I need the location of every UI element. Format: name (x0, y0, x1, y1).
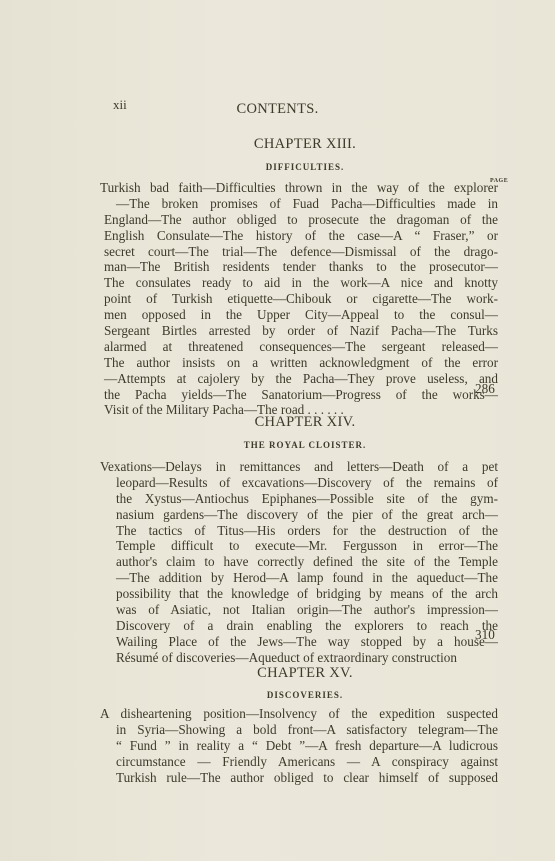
summary-line: The author insists on a written acknowle… (104, 355, 498, 371)
summary-line: author's claim to have correctly defined… (104, 554, 498, 570)
summary-line: English Consulate—The history of the cas… (104, 228, 498, 244)
summary-line: The consulates ready to aid in the work—… (104, 275, 498, 291)
chapter-15-heading: CHAPTER XV. (0, 665, 555, 682)
summary-line: man—The British residents tender thanks … (104, 259, 498, 275)
summary-line: point of Turkish etiquette—Chibouk or ci… (104, 291, 498, 307)
chapter-13-heading: CHAPTER XIII. (0, 136, 555, 153)
summary-line: A disheartening position—Insolvency of t… (100, 706, 498, 722)
summary-line: men opposed in the Upper City—Appeal to … (104, 307, 498, 323)
chapter-15-title: DISCOVERIES. (0, 690, 555, 700)
summary-line: “ Fund ” in reality a “ Debt ”—A fresh d… (104, 738, 498, 754)
summary-line: Sergeant Birtles arrested by order of Na… (104, 323, 498, 339)
summary-line: Discovery of a drain enabling the explor… (104, 618, 498, 634)
summary-line: nasium gardens—The discovery of the pier… (104, 507, 498, 523)
summary-line: alarmed at threatened consequences—The s… (104, 339, 498, 355)
summary-line: leopard—Results of excavations—Discovery… (104, 475, 498, 491)
chapter-14-title: THE ROYAL CLOISTER. (0, 440, 555, 450)
chapter-13-title: DIFFICULTIES. (0, 162, 555, 172)
summary-line: Résumé of discoveries—Aqueduct of extrao… (104, 650, 472, 666)
summary-line: —The addition by Herod—A lamp found in t… (104, 570, 498, 586)
chapter-13-page-number: 286 (475, 381, 495, 397)
summary-line: —The broken promises of Fuad Pacha—Diffi… (104, 196, 498, 212)
summary-line: in Syria—Showing a bold front—A satisfac… (104, 722, 498, 738)
summary-line: was of Asiatic, not Italian origin—The a… (104, 602, 498, 618)
chapter-14-heading: CHAPTER XIV. (0, 414, 555, 431)
summary-line: secret court—The trial—The defence—Dismi… (104, 244, 498, 260)
summary-line: circumstance — Friendly Americans — A co… (104, 754, 498, 770)
chapter-14-summary: Vexations—Delays in remittances and lett… (104, 459, 498, 666)
summary-line: Temple difficult to execute—Mr. Fergusso… (104, 538, 498, 554)
book-page: xii CONTENTS. CHAPTER XIII. DIFFICULTIES… (0, 0, 555, 861)
summary-line: Vexations—Delays in remittances and lett… (100, 459, 498, 475)
summary-line: Turkish rule—The author obliged to clear… (104, 770, 498, 786)
summary-line: Wailing Place of the Jews—The way stoppe… (104, 634, 498, 650)
summary-line: Turkish bad faith—Difficulties thrown in… (100, 180, 498, 196)
summary-line: the Xystus—Antiochus Epiphanes—Possible … (104, 491, 498, 507)
summary-line: possibility that the knowledge of bridgi… (104, 586, 498, 602)
chapter-15-summary: A disheartening position—Insolvency of t… (104, 706, 498, 785)
chapter-13-summary: Turkish bad faith—Difficulties thrown in… (104, 180, 498, 418)
chapter-14-page-number: 310 (475, 627, 495, 643)
summary-line: The tactics of Titus—His orders for the … (104, 523, 498, 539)
summary-line: England—The author obliged to prosecute … (104, 212, 498, 228)
running-head: CONTENTS. (0, 101, 555, 118)
summary-line: the Pacha yields—The Sanatorium—Progress… (104, 387, 498, 403)
summary-line: —Attempts at cajolery by the Pacha—They … (104, 371, 498, 387)
